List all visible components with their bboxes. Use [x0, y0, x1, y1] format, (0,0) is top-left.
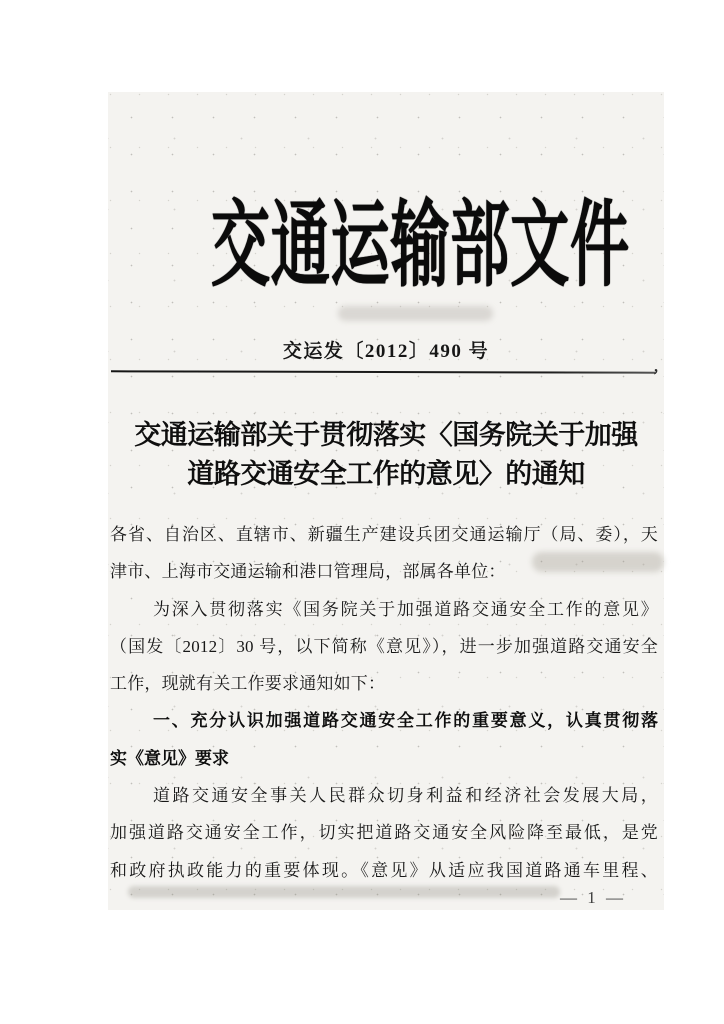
page-number: — 1 — — [560, 888, 626, 908]
body-line: 加强道路交通安全工作，切实把道路交通安全风险降至最低，是党 — [110, 814, 658, 851]
masthead-title: 交通运输部文件 — [211, 198, 561, 296]
scan-smudge — [338, 306, 493, 321]
header-divider-line — [111, 370, 656, 373]
body-line: 各省、自治区、直辖市、新疆生产建设兵团交通运输厅（局、委），天 — [110, 516, 658, 553]
body-line: 道路交通安全事关人民群众切身利益和经济社会发展大局， — [110, 777, 658, 814]
notice-title: 交通运输部关于贯彻落实〈国务院关于加强 道路交通安全工作的意见〉的通知 — [108, 416, 664, 494]
body-line: （国发〔2012〕30 号，以下简称《意见》），进一步加强道路交通安全 — [110, 628, 658, 665]
body-line: 津市、上海市交通运输和港口管理局，部属各单位： — [110, 553, 658, 590]
document-number: 交运发〔2012〕490 号 — [108, 336, 664, 363]
notice-title-line1: 交通运输部关于贯彻落实〈国务院关于加强 — [108, 416, 664, 455]
notice-title-line2: 道路交通安全工作的意见〉的通知 — [108, 455, 664, 494]
body-heading-line: 一、充分认识加强道路交通安全工作的重要意义，认真贯彻落 — [110, 702, 658, 739]
document-page: 交通运输部文件 交运发〔2012〕490 号 ’ 交通运输部关于贯彻落实〈国务院… — [108, 92, 664, 910]
body-line: 为深入贯彻落实《国务院关于加强道路交通安全工作的意见》 — [110, 591, 658, 628]
scanned-document-canvas: 交通运输部文件 交运发〔2012〕490 号 ’ 交通运输部关于贯彻落实〈国务院… — [0, 0, 724, 1024]
body-heading-line: 实《意见》要求 — [110, 740, 658, 777]
notice-body: 各省、自治区、直辖市、新疆生产建设兵团交通运输厅（局、委），天 津市、上海市交通… — [110, 516, 658, 889]
scan-artifact-mark: ’ — [651, 364, 658, 389]
body-line: 和政府执政能力的重要体现。《意见》从适应我国道路通车里程、 — [110, 852, 658, 889]
body-line: 工作，现就有关工作要求通知如下： — [110, 665, 658, 702]
